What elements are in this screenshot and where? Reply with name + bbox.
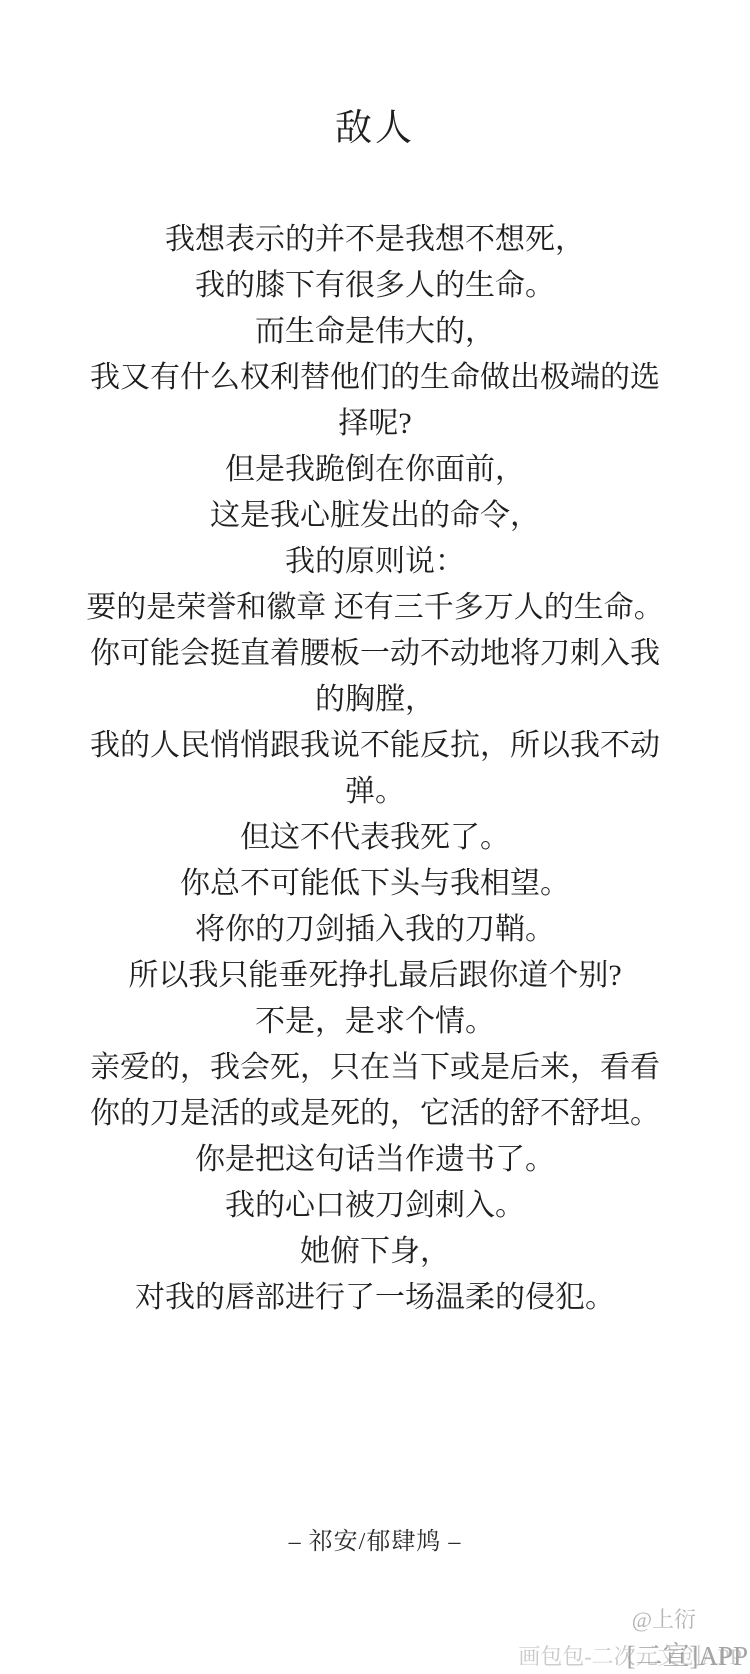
poem-sheet: 敌人 我想表示的并不是我想不想死， 我的膝下有很多人的生命。 而生命是伟大的， … <box>0 0 750 1556</box>
poem-line: 而生命是伟大的， <box>79 309 671 355</box>
poem-line: 但这不代表我死了。 <box>79 815 671 861</box>
watermark-author-handle: @上衍 <box>632 1603 696 1634</box>
poem-page: { "title": "敌人", "poem": { "lines": [ "我… <box>0 0 750 1674</box>
poem-line: 这是我心脏发出的命令， <box>79 493 671 539</box>
poem-line: 亲爱的，我会死，只在当下或是后来，看看你的刀是活的或是死的，它活的舒不舒坦。 <box>79 1045 671 1137</box>
poem-line: 但是我跪倒在你面前， <box>79 447 671 493</box>
poem-line: 不是，是求个情。 <box>79 999 671 1045</box>
poem-body: 我想表示的并不是我想不想死， 我的膝下有很多人的生命。 而生命是伟大的， 我又有… <box>79 217 671 1321</box>
poem-line: 你可能会挺直着腰板一动不动地将刀刺入我的胸膛， <box>79 631 671 723</box>
poem-line: 我的原则说： <box>79 539 671 585</box>
author-attribution: – 祁安/郁肆鸠 – <box>0 1521 750 1556</box>
watermark-app-name-dark: [二宣]APP <box>626 1634 748 1673</box>
poem-title: 敌人 <box>0 103 750 155</box>
poem-line: 我的心口被刀剑刺入。 <box>79 1183 671 1229</box>
poem-line: 你是把这句话当作遗书了。 <box>79 1137 671 1183</box>
poem-line: 我的人民悄悄跟我说不能反抗，所以我不动弹。 <box>79 723 671 815</box>
poem-line: 你总不可能低下头与我相望。 <box>79 861 671 907</box>
poem-line: 对我的唇部进行了一场温柔的侵犯。 <box>79 1275 671 1321</box>
poem-line: 我的膝下有很多人的生命。 <box>79 263 671 309</box>
watermark-app-badge: 画包包-二次元文创APP [二宣]APP <box>518 1632 748 1672</box>
poem-line: 将你的刀剑插入我的刀鞘。 <box>79 907 671 953</box>
poem-line: 她俯下身， <box>79 1229 671 1275</box>
poem-line: 所以我只能垂死挣扎最后跟你道个别? <box>79 953 671 999</box>
poem-line: 我又有什么权利替他们的生命做出极端的选择呢? <box>79 355 671 447</box>
poem-line: 我想表示的并不是我想不想死， <box>79 217 671 263</box>
poem-line: 要的是荣誉和徽章 还有三千多万人的生命。 <box>79 585 671 631</box>
